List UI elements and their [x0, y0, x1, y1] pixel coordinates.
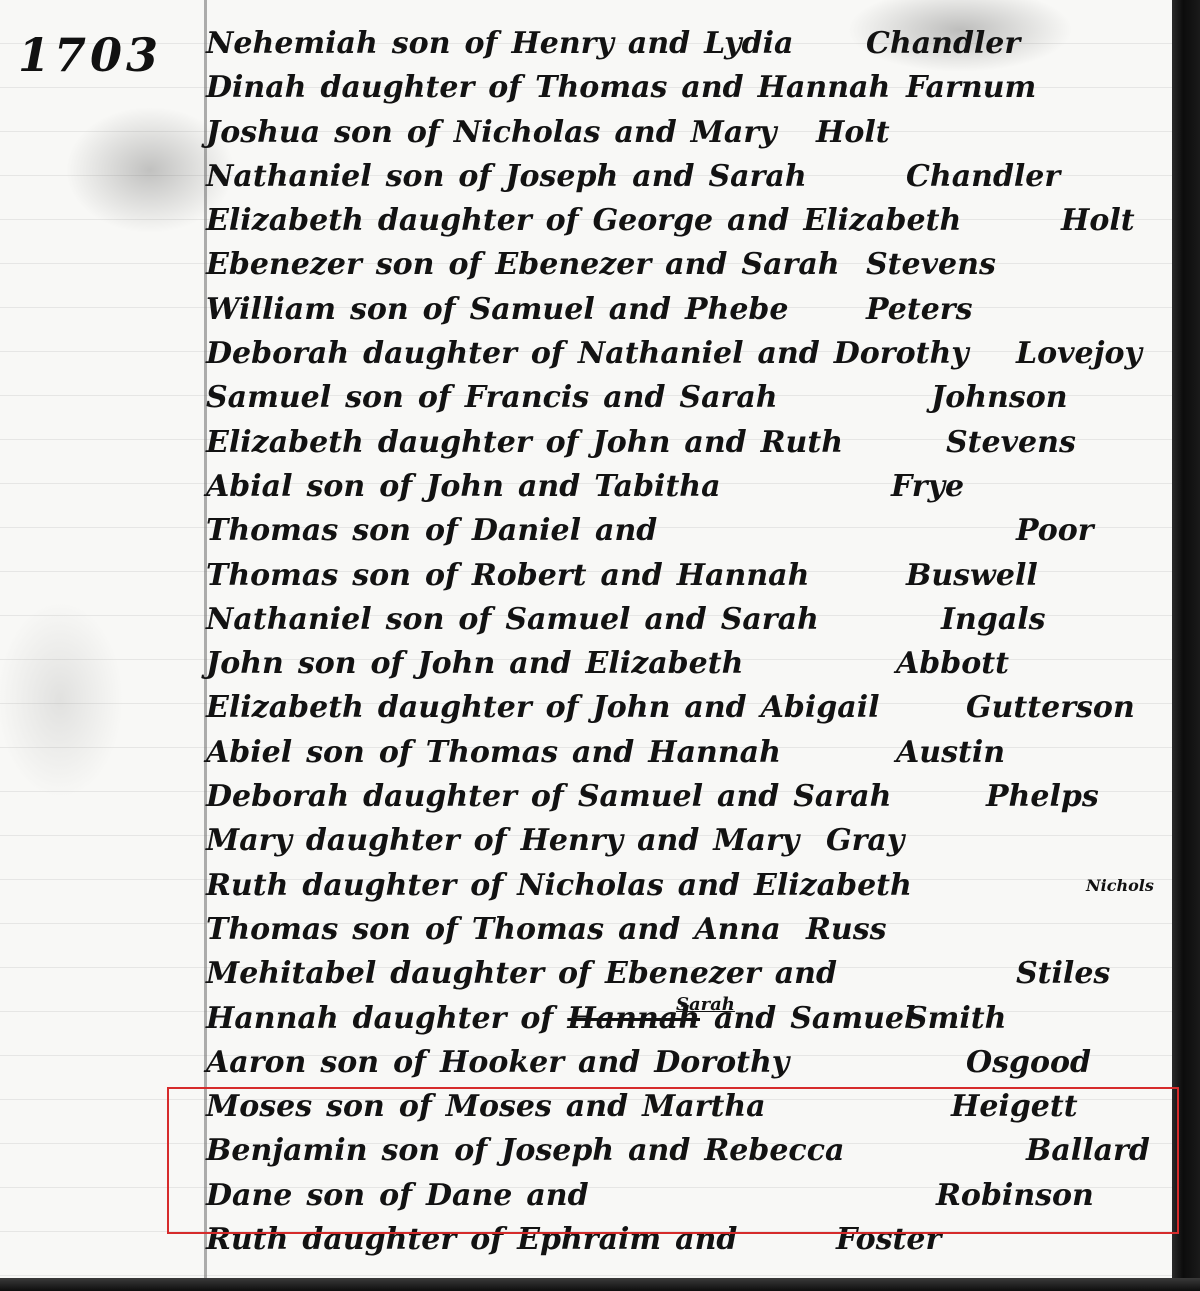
and-word: and: [678, 868, 740, 903]
father-name: Daniel: [472, 513, 581, 548]
father-name: Joseph: [505, 159, 618, 194]
relation: daughter: [302, 1222, 456, 1257]
child-name: Nathaniel: [206, 155, 372, 199]
father-name: Nicholas: [454, 115, 601, 150]
register-page: 1703 NehemiahsonofHenryandLydiaChandlerD…: [0, 0, 1172, 1291]
and-word: and: [595, 513, 657, 548]
and-word: and: [717, 779, 779, 814]
relation: son: [306, 1178, 365, 1213]
child-name: John: [206, 642, 284, 686]
surname: Farnum: [906, 66, 1036, 110]
of-word: of: [371, 646, 404, 681]
and-word: and: [684, 690, 746, 725]
child-name: Elizabeth: [206, 686, 364, 730]
register-entry: ThomassonofRobertandHannahBuswell: [206, 554, 1166, 598]
mother-name: Elizabeth: [754, 868, 912, 903]
and-word: and: [681, 70, 743, 105]
relation: daughter: [353, 1001, 507, 1036]
mother-name: Anna: [694, 912, 780, 947]
surname: Johnson: [931, 376, 1068, 420]
and-word: and: [632, 159, 694, 194]
register-entry: NathanielsonofSamuelandSarahIngals: [206, 598, 1166, 642]
and-word: and: [618, 912, 680, 947]
child-name: Joshua: [206, 111, 320, 155]
mother-name: Hannah: [677, 558, 810, 593]
of-word: of: [474, 823, 507, 858]
of-word: of: [379, 735, 412, 770]
and-word: and: [609, 292, 671, 327]
mother-name: Lydia: [704, 26, 793, 61]
and-word: and: [603, 380, 665, 415]
father-name: John: [426, 469, 504, 504]
and-word: and: [518, 469, 580, 504]
relation: son: [392, 26, 451, 61]
of-word: of: [558, 956, 591, 991]
of-word: of: [425, 558, 458, 593]
and-word: and: [614, 115, 676, 150]
child-name: Abiel: [206, 731, 292, 775]
relation: son: [306, 735, 365, 770]
mother-name: Hannah: [648, 735, 781, 770]
father-name: John: [593, 425, 671, 460]
and-word: and: [637, 823, 699, 858]
father-name: John: [593, 690, 671, 725]
of-word: of: [470, 1222, 503, 1257]
and-word: and: [601, 558, 663, 593]
of-word: of: [425, 912, 458, 947]
and-word: and: [509, 646, 571, 681]
of-word: of: [448, 247, 481, 282]
child-name: Ruth: [206, 864, 288, 908]
surname: Nichols: [1086, 864, 1154, 908]
relation: son: [386, 159, 445, 194]
surname: Peters: [866, 288, 972, 332]
surname: Gray: [826, 819, 904, 863]
register-entry: ElizabethdaughterofGeorgeandElizabethHol…: [206, 199, 1166, 243]
and-word: and: [578, 1045, 640, 1080]
and-word: and: [675, 1222, 737, 1257]
surname: Holt: [1061, 199, 1135, 243]
father-name: Dane: [426, 1178, 512, 1213]
surname: Lovejoy: [1016, 332, 1142, 376]
surname: Ingals: [941, 598, 1046, 642]
father-name: Thomas: [426, 735, 558, 770]
of-word: of: [423, 292, 456, 327]
child-name: Thomas: [206, 509, 338, 553]
relation: son: [345, 380, 404, 415]
of-word: of: [531, 779, 564, 814]
scan-border-right: [1172, 0, 1200, 1291]
surname: Phelps: [986, 775, 1099, 819]
surname: Abbott: [896, 642, 1009, 686]
of-word: of: [520, 1001, 553, 1036]
child-name: Abial: [206, 465, 292, 509]
surname: Smith: [906, 997, 1006, 1041]
register-entry: EbenezersonofEbenezerandSarahStevens: [206, 243, 1166, 287]
register-entry: HannahdaughterofHannahSarahandSamuelSmit…: [206, 997, 1166, 1041]
father-name: Nathaniel: [578, 336, 744, 371]
register-entry: DeborahdaughterofSamuelandSarahPhelps: [206, 775, 1166, 819]
father-name: George: [593, 203, 714, 238]
relation: son: [320, 1045, 379, 1080]
father-name: Nicholas: [517, 868, 664, 903]
surname: Austin: [896, 731, 1005, 775]
mother-name: Dorothy: [654, 1045, 789, 1080]
child-name: Ebenezer: [206, 243, 362, 287]
mother-name: Mary: [691, 115, 777, 150]
and-word: and: [665, 247, 727, 282]
surname: Stevens: [946, 421, 1076, 465]
and-word: and: [775, 956, 837, 991]
father-name: Joseph: [501, 1133, 614, 1168]
surname: Robinson: [936, 1174, 1094, 1218]
mother-name: Tabitha: [594, 469, 720, 504]
child-name: William: [206, 288, 336, 332]
surname: Holt: [816, 111, 890, 155]
register-entry: ThomassonofDanielandPoor: [206, 509, 1166, 553]
register-entry: AbielsonofThomasandHannahAustin: [206, 731, 1166, 775]
of-word: of: [399, 1089, 432, 1124]
mother-name: Sarah: [721, 602, 819, 637]
relation: daughter: [390, 956, 544, 991]
register-entry: RuthdaughterofNicholasandElizabethNichol…: [206, 864, 1166, 908]
register-entry: ThomassonofThomasandAnnaRuss: [206, 908, 1166, 952]
child-name: Benjamin: [206, 1129, 368, 1173]
register-entry: JoshuasonofNicholasandMaryHolt: [206, 111, 1166, 155]
father-name: Thomas: [535, 70, 667, 105]
register-entry: MosessonofMosesandMarthaHeigett: [206, 1085, 1166, 1129]
mother-name: Martha: [642, 1089, 766, 1124]
child-name: Hannah: [206, 997, 339, 1041]
register-entry: RuthdaughterofEphraimandFoster: [206, 1218, 1166, 1262]
mother-name: Elizabeth: [586, 646, 744, 681]
father-name: Ebenezer: [495, 247, 651, 282]
child-name: Mary: [206, 819, 292, 863]
surname: Buswell: [906, 554, 1038, 598]
child-name: Dinah: [206, 66, 306, 110]
and-word: and: [628, 1133, 690, 1168]
father-name: Henry: [511, 26, 613, 61]
register-entry: AaronsonofHookerandDorothyOsgood: [206, 1041, 1166, 1085]
register-entry: DeborahdaughterofNathanielandDorothyLove…: [206, 332, 1166, 376]
child-name: Deborah: [206, 332, 349, 376]
and-word: and: [572, 735, 634, 770]
surname: Foster: [836, 1218, 941, 1262]
of-word: of: [531, 336, 564, 371]
register-entry: AbialsonofJohnandTabithaFrye: [206, 465, 1166, 509]
of-word: of: [546, 203, 579, 238]
surname: Chandler: [866, 22, 1020, 66]
child-name: Deborah: [206, 775, 349, 819]
interlinear-correction: Sarah: [676, 983, 735, 1027]
of-word: of: [546, 690, 579, 725]
child-name: Thomas: [206, 908, 338, 952]
relation: daughter: [320, 70, 474, 105]
register-entry: SamuelsonofFrancisandSarahJohnson: [206, 376, 1166, 420]
child-name: Elizabeth: [206, 199, 364, 243]
of-word: of: [470, 868, 503, 903]
register-entry: WilliamsonofSamuelandPhebePeters: [206, 288, 1166, 332]
surname: Osgood: [966, 1041, 1091, 1085]
relation: daughter: [378, 425, 532, 460]
register-entry: MarydaughterofHenryandMaryGray: [206, 819, 1166, 863]
of-word: of: [546, 425, 579, 460]
surname: Chandler: [906, 155, 1060, 199]
mother-name: Elizabeth: [803, 203, 961, 238]
of-word: of: [488, 70, 521, 105]
of-word: of: [418, 380, 451, 415]
child-name: Nathaniel: [206, 598, 372, 642]
mother-name: Mary: [713, 823, 799, 858]
mother-name: Abigail: [761, 690, 880, 725]
child-name: Elizabeth: [206, 421, 364, 465]
register-entry: BenjaminsonofJosephandRebeccaBallard: [206, 1129, 1166, 1173]
mother-name: Samuel: [790, 1001, 915, 1036]
relation: son: [334, 115, 393, 150]
entry-list: NehemiahsonofHenryandLydiaChandlerDinahd…: [206, 22, 1166, 1262]
mother-name: Hannah: [758, 70, 891, 105]
relation: son: [306, 469, 365, 504]
relation: daughter: [363, 336, 517, 371]
relation: daughter: [306, 823, 460, 858]
of-word: of: [379, 1178, 412, 1213]
relation: son: [376, 247, 435, 282]
child-name: Ruth: [206, 1218, 288, 1262]
and-word: and: [628, 26, 690, 61]
surname: Gutterson: [966, 686, 1135, 730]
father-name: Samuel: [578, 779, 703, 814]
relation: daughter: [363, 779, 517, 814]
of-word: of: [379, 469, 412, 504]
and-word: and: [526, 1178, 588, 1213]
child-name: Mehitabel: [206, 952, 376, 996]
relation: son: [350, 292, 409, 327]
mother-name: Ruth: [761, 425, 843, 460]
surname: Stiles: [1016, 952, 1110, 996]
father-name: Robert: [472, 558, 587, 593]
and-word: and: [758, 336, 820, 371]
register-entry: NathanielsonofJosephandSarahChandler: [206, 155, 1166, 199]
surname: Ballard: [1026, 1129, 1150, 1173]
of-word: of: [465, 26, 498, 61]
year-heading: 1703: [18, 28, 162, 82]
father-name: Samuel: [505, 602, 630, 637]
register-entry: JohnsonofJohnandElizabethAbbott: [206, 642, 1166, 686]
mother-name: Sarah: [709, 159, 807, 194]
surname: Heigett: [951, 1085, 1078, 1129]
and-word: and: [644, 602, 706, 637]
mother-name: Dorothy: [834, 336, 969, 371]
child-name: Aaron: [206, 1041, 306, 1085]
surname: Poor: [1016, 509, 1094, 553]
child-name: Samuel: [206, 376, 331, 420]
father-name: Samuel: [470, 292, 595, 327]
relation: son: [326, 1089, 385, 1124]
register-entry: NehemiahsonofHenryandLydiaChandler: [206, 22, 1166, 66]
mother-name: Rebecca: [704, 1133, 844, 1168]
surname: Stevens: [866, 243, 996, 287]
and-word: and: [566, 1089, 628, 1124]
father-name: Ephraim: [517, 1222, 661, 1257]
mother-name: Sarah: [741, 247, 839, 282]
relation: son: [386, 602, 445, 637]
relation: son: [352, 513, 411, 548]
relation: daughter: [378, 203, 532, 238]
register-entry: ElizabethdaughterofJohnandAbigailGutters…: [206, 686, 1166, 730]
mother-name: Phebe: [685, 292, 789, 327]
relation: daughter: [378, 690, 532, 725]
father-name: Hooker: [440, 1045, 564, 1080]
surname: Russ: [806, 908, 887, 952]
and-word: and: [684, 425, 746, 460]
of-word: of: [458, 602, 491, 637]
mother-name: Sarah: [793, 779, 891, 814]
relation: son: [382, 1133, 441, 1168]
scan-border-bottom: [0, 1278, 1200, 1291]
child-name: Nehemiah: [206, 22, 378, 66]
relation: son: [352, 558, 411, 593]
relation: daughter: [302, 868, 456, 903]
register-entry: DinahdaughterofThomasandHannahFarnum: [206, 66, 1166, 110]
father-name: Henry: [521, 823, 623, 858]
register-entry: ElizabethdaughterofJohnandRuthStevens: [206, 421, 1166, 465]
of-word: of: [393, 1045, 426, 1080]
mother-name: Sarah: [679, 380, 777, 415]
and-word: and: [727, 203, 789, 238]
of-word: of: [454, 1133, 487, 1168]
child-name: Dane: [206, 1174, 292, 1218]
father-name: Moses: [446, 1089, 552, 1124]
father-name: John: [417, 646, 495, 681]
relation: son: [352, 912, 411, 947]
child-name: Thomas: [206, 554, 338, 598]
child-name: Moses: [206, 1085, 312, 1129]
of-word: of: [407, 115, 440, 150]
of-word: of: [425, 513, 458, 548]
register-entry: DanesonofDaneandRobinson: [206, 1174, 1166, 1218]
father-name: Francis: [465, 380, 589, 415]
surname: Frye: [891, 465, 964, 509]
relation: son: [298, 646, 357, 681]
of-word: of: [458, 159, 491, 194]
father-name: Thomas: [472, 912, 604, 947]
